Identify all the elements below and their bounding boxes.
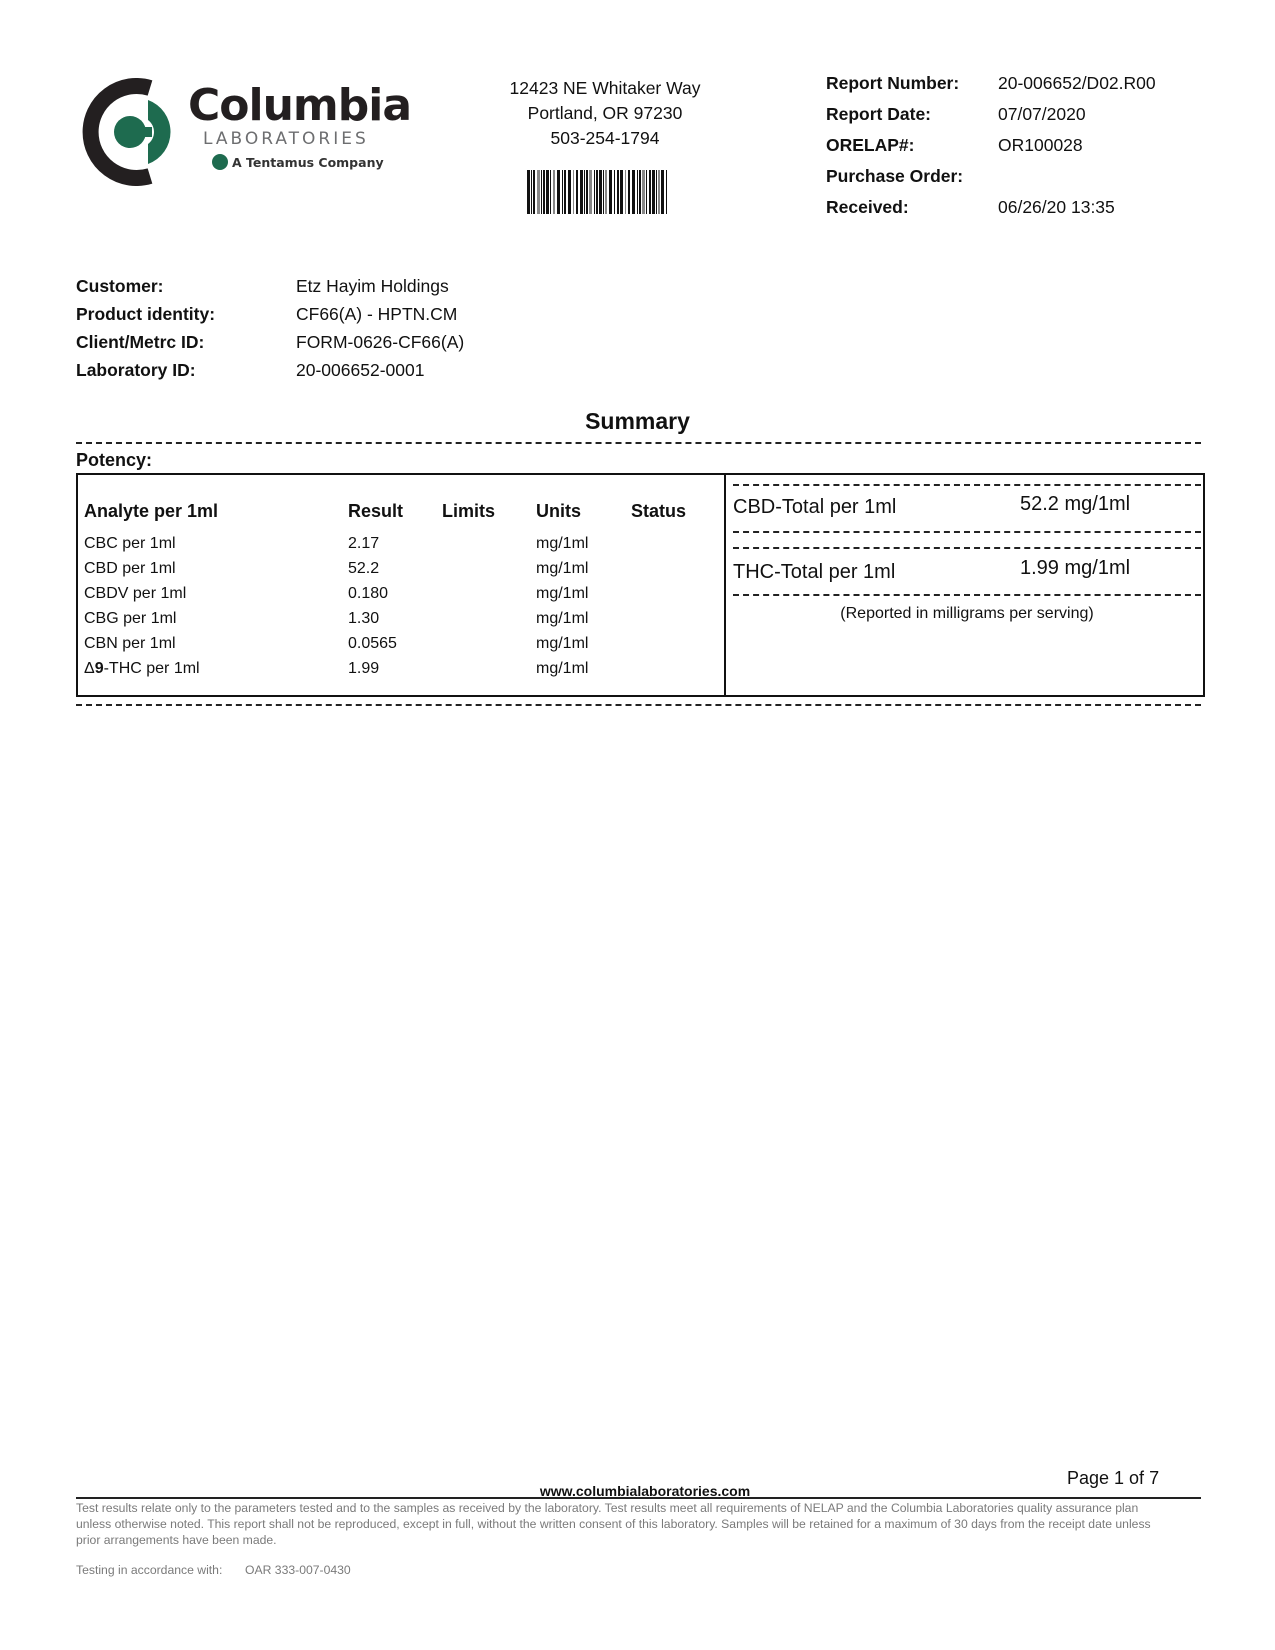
- table-cell-result: 0.0565: [348, 635, 397, 653]
- table-cell-result: 52.2: [348, 560, 379, 578]
- columbia-c-logo-icon: [78, 78, 186, 186]
- logo-wordmark: Columbia: [188, 80, 411, 131]
- totals-dashed-rule: [733, 531, 1201, 533]
- customer-label: Product identity:: [76, 304, 215, 325]
- customer-label: Customer:: [76, 276, 164, 297]
- table-divider: [724, 473, 726, 695]
- table-cell-units: mg/1ml: [536, 635, 588, 653]
- totals-dashed-rule: [733, 547, 1201, 549]
- disclaimer-line: prior arrangements have been made.: [76, 1532, 1216, 1548]
- total-label: CBD-Total per 1ml: [733, 496, 896, 519]
- analyte-subscript: 9: [95, 660, 104, 677]
- table-cell-units: mg/1ml: [536, 535, 588, 553]
- total-value: 52.2 mg/1ml: [1020, 493, 1130, 516]
- column-header: Status: [631, 501, 686, 522]
- table-cell-units: mg/1ml: [536, 610, 588, 628]
- customer-value: FORM-0626-CF66(A): [296, 332, 464, 353]
- table-cell-units: mg/1ml: [536, 585, 588, 603]
- table-cell-result: 2.17: [348, 535, 379, 553]
- disclaimer-line: Test results relate only to the paramete…: [76, 1500, 1216, 1516]
- meta-value: 20-006652/D02.R00: [998, 73, 1156, 94]
- divider-dashed: [76, 442, 1201, 444]
- column-header: Limits: [442, 501, 495, 522]
- meta-label: Purchase Order:: [826, 166, 963, 187]
- meta-value: 07/07/2020: [998, 104, 1086, 125]
- table-cell-result: 1.99: [348, 660, 379, 678]
- address-phone: 503-254-1794: [490, 126, 720, 151]
- column-header: Analyte per 1ml: [84, 501, 218, 522]
- logo-subtitle: LABORATORIES: [203, 129, 369, 149]
- meta-label: ORELAP#:: [826, 135, 914, 156]
- total-value: 1.99 mg/1ml: [1020, 557, 1130, 580]
- tagline-text: A Tentamus Company: [232, 155, 384, 170]
- table-cell-result: 0.180: [348, 585, 388, 603]
- disclaimer-line: unless otherwise noted. This report shal…: [76, 1516, 1216, 1532]
- address-line-1: 12423 NE Whitaker Way: [490, 76, 720, 101]
- table-cell-result: 1.30: [348, 610, 379, 628]
- customer-label: Laboratory ID:: [76, 360, 196, 381]
- total-label: THC-Total per 1ml: [733, 561, 895, 584]
- meta-value: 06/26/20 13:35: [998, 197, 1115, 218]
- totals-note: (Reported in milligrams per serving): [734, 605, 1200, 623]
- testing-value: OAR 333-007-0430: [245, 1563, 351, 1577]
- customer-value: 20-006652-0001: [296, 360, 424, 381]
- customer-value: CF66(A) - HPTN.CM: [296, 304, 457, 325]
- column-header: Result: [348, 501, 403, 522]
- table-cell-analyte: CBDV per 1ml: [84, 585, 186, 603]
- company-logo: Columbia LABORATORIES A Tentamus Company: [78, 76, 408, 188]
- table-cell-analyte: Δ9-THC per 1ml: [84, 660, 200, 678]
- footer-rule: [76, 1497, 1201, 1499]
- meta-label: Report Date:: [826, 104, 931, 125]
- address-line-2: Portland, OR 97230: [490, 101, 720, 126]
- lab-address: 12423 NE Whitaker Way Portland, OR 97230…: [490, 76, 720, 151]
- meta-value: OR100028: [998, 135, 1083, 156]
- table-cell-units: mg/1ml: [536, 560, 588, 578]
- table-cell-analyte: CBG per 1ml: [84, 610, 176, 628]
- customer-value: Etz Hayim Holdings: [296, 276, 449, 297]
- meta-label: Received:: [826, 197, 909, 218]
- customer-label: Client/Metrc ID:: [76, 332, 204, 353]
- totals-dashed-rule: [733, 484, 1201, 486]
- table-cell-analyte: CBN per 1ml: [84, 635, 176, 653]
- totals-dashed-rule: [733, 594, 1201, 596]
- potency-heading: Potency:: [76, 450, 152, 471]
- testing-label: Testing in accordance with:: [76, 1563, 222, 1577]
- column-header: Units: [536, 501, 581, 522]
- summary-title: Summary: [0, 408, 1275, 435]
- disclaimer: Test results relate only to the paramete…: [76, 1500, 1216, 1548]
- divider-dashed: [76, 704, 1201, 706]
- table-cell-analyte: CBC per 1ml: [84, 535, 176, 553]
- logo-tagline: A Tentamus Company: [212, 154, 384, 170]
- tentamus-leaf-icon: [212, 154, 228, 170]
- table-cell-analyte: CBD per 1ml: [84, 560, 176, 578]
- table-cell-units: mg/1ml: [536, 660, 588, 678]
- barcode-icon: [527, 170, 668, 214]
- meta-label: Report Number:: [826, 73, 959, 94]
